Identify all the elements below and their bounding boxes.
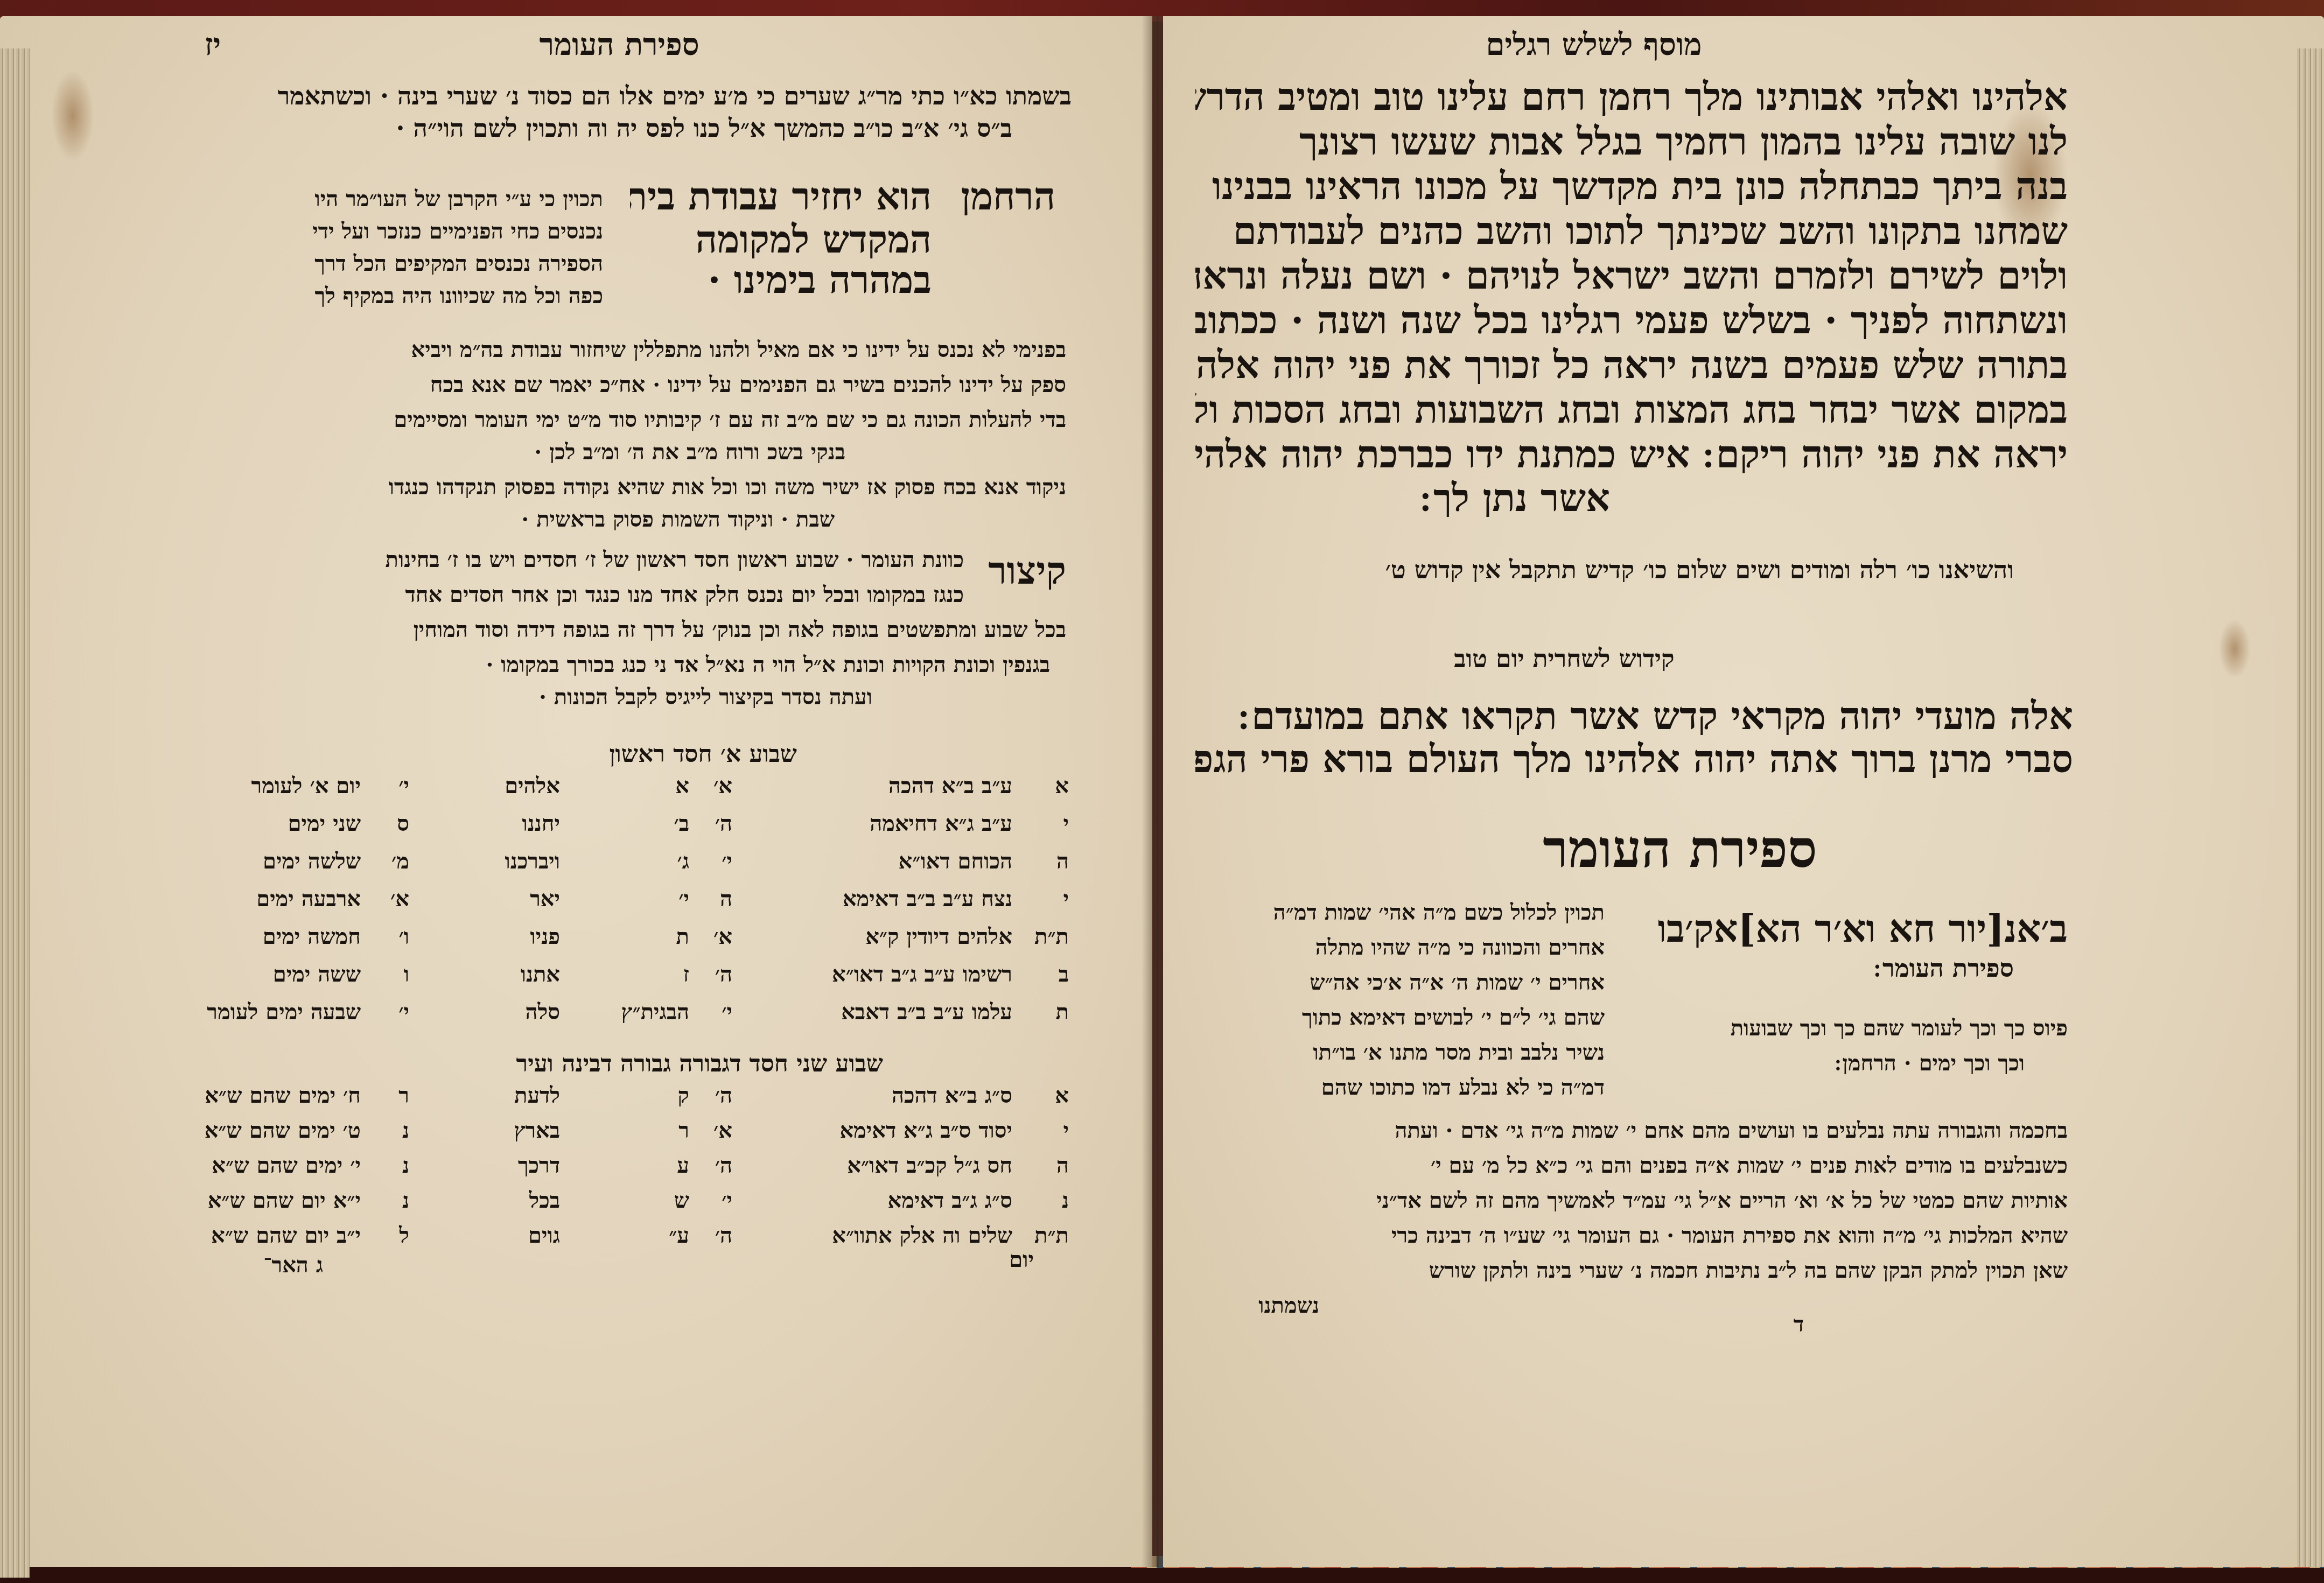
table-cell-col1: חס ג״ל קכ״ב דאו״א — [743, 1155, 1012, 1176]
side-note-line: נשיר נלבב ובית מסר מתנו א׳ בו״תו — [1195, 1042, 1605, 1063]
body-line: בנה ביתך כבתחלה כונן בית מקדשך על מכונו … — [1195, 167, 2068, 205]
body-line: אשר נתן לך ׃ — [1341, 479, 1610, 517]
table-cell-col1: רשימו ע״ב ג״ב דאו״א — [743, 964, 1012, 985]
table-cell-col1: הכוחם דאו״א — [743, 851, 1012, 872]
table-cell-col6: שני ימים — [205, 813, 361, 835]
side-note-line: אחרים והכוונה כי מ״ה שהיו מתלה — [1195, 937, 1605, 958]
paragraph-line: ספק על ידינו להכנים בשיר גם הפנימים על י… — [226, 374, 1066, 396]
table-cell-col3: ע״ — [582, 1225, 689, 1246]
table-cell-col1: עלמו ע״ב ב״ב דאבא — [743, 1001, 1012, 1023]
side-note-line: תכוין לכלול כשם מ״ה אהי׳ שמות דמ״ה — [1195, 902, 1605, 923]
table-cell-col5: י׳ — [366, 1001, 409, 1023]
kitzur-line: בגנפין וכונת הקויות וכונת א״ל הוי ה נא״ל… — [269, 654, 1050, 676]
table-cell-col1: אלהים דיודין ק״א — [743, 926, 1012, 948]
harachaman-line: במהרה בימינו · — [689, 261, 932, 299]
table-cell-col3: ש — [582, 1190, 689, 1211]
paragraph-line: ניקוד אנא בכח פסוק אז ישיר משה וכו וכל א… — [226, 477, 1066, 498]
table-cell-col2: ה׳ — [695, 1085, 732, 1106]
harachaman-line: המקדש למקומה — [657, 221, 932, 258]
table-cell-col3: ג׳ — [582, 851, 689, 872]
table-cell-col3: ת — [582, 926, 689, 948]
side-note-line: כפה וכל מה שכיוונו היה במקיף לך — [226, 285, 603, 307]
table-cell-col3: י׳ — [582, 888, 689, 910]
table-cell-col3: ע — [582, 1155, 689, 1176]
table-cell-col1: נצח ע״ב ב״ב דאימא — [743, 888, 1012, 910]
table-cell-marker: ה — [1026, 851, 1069, 872]
paragraph-line: בנקי בשכ ורוח מ״ב את ה׳ ומ״ב לכן · — [468, 442, 845, 463]
right-page: מוסף לשלש רגלים אלהינו ואלהי אבותינו מלך… — [1163, 16, 2324, 1567]
kitzur-line: כנגז במקומו ובכל יום נכנס חלק אחד מנו כנ… — [226, 584, 964, 606]
kiddush-heading: קידוש לשחרית יום טוב — [1389, 646, 1739, 671]
table-cell-col1: ס״ג ג״ב דאימא — [743, 1190, 1012, 1211]
beur-sub-line: פיוס כך וכך לעומר שהם כך וכך שבועות — [1648, 1018, 2068, 1039]
table-cell-col6: י״א יום שהם ש״א וד׳ ימים — [205, 1190, 361, 1211]
body-line: שמחנו בתקונו והשב שכינתך לתוכו והשב כהני… — [1195, 212, 2068, 250]
table-cell-col2: א׳ — [695, 1120, 732, 1141]
table-cell-col6: י״ב יום שהם ש״א וה׳ ימים — [205, 1225, 361, 1246]
kitzur-line: בכל שבוע ומתפשטים בגופה לאה וכן בנוק׳ על… — [226, 619, 1066, 641]
table-cell-col5: י׳ — [366, 775, 409, 797]
table-cell-col5: ל — [366, 1225, 409, 1246]
table-cell-col5: מ׳ — [366, 851, 409, 872]
table-cell-col3: הבגית״ץ — [582, 1001, 689, 1023]
table-cell-col2: ה׳ — [695, 1155, 732, 1176]
table-cell-col6: ששה ימים — [205, 964, 361, 985]
table-cell-col2: א׳ — [695, 926, 732, 948]
side-note-line: הספירה נכנסים המקיפים הכל דרך — [226, 253, 603, 275]
paragraph-line: שבת · וניקוד השמות פסוק בראשית · — [458, 509, 835, 530]
running-head: מוסף לשלש רגלים — [1325, 27, 1863, 62]
table-cell-col4: אתנו — [420, 964, 560, 985]
paragraph-line: בדי להעלות הכונה גם כי שם מ״ב זה עם ז׳ ק… — [226, 409, 1066, 431]
table-cell-col2: י׳ — [695, 1001, 732, 1023]
table-cell-col3: ר — [582, 1120, 689, 1141]
kitzur-line: ועתה נסדר בקיצור לייגיס לקבל הכונות · — [388, 687, 872, 708]
table-cell-col5: נ — [366, 1155, 409, 1176]
table-cell-col4: יאר — [420, 888, 560, 910]
paragraph-line: שאן תכוין למתק הבקן שהם בה ל״ב נתיבות חכ… — [1195, 1260, 2068, 1281]
page-edges-left — [0, 48, 30, 1578]
table-cell-col6: חמשה ימים — [205, 926, 361, 948]
kiddush-line: אלה מועדי יהוה מקראי קדש אשר תקראו אתם ב… — [1233, 697, 2073, 735]
table-cell-marker: י — [1026, 1120, 1069, 1141]
table-cell-col6: י׳ ימים שהם ש״א וג׳ ימים — [205, 1155, 361, 1176]
body-line: במקום אשר יבחר בחג המצות ובחג השבועות וב… — [1195, 391, 2068, 429]
table-cell-marker: י — [1026, 888, 1069, 910]
table-cell-col6: שלשה ימים — [205, 851, 361, 872]
table-cell-col5: נ — [366, 1190, 409, 1211]
table-cell-col4: בכל — [420, 1190, 560, 1211]
side-note-line: תכוין כי ע״י הקרבן של העו״מר היו — [226, 188, 603, 210]
table-cell-col5: ו׳ — [366, 926, 409, 948]
table-cell-col2: ה׳ — [695, 964, 732, 985]
table-cell-col3: ק — [582, 1085, 689, 1106]
beur-line: ספירת העומר ׃ — [1755, 956, 2014, 980]
side-note-line: דמ״ה כי לא נבלע דמו כתוכו שהם — [1195, 1077, 1605, 1098]
left-page: ספירת העומר יז בשמתו כא״ו כתי מר״ג שערים… — [0, 16, 1152, 1567]
table-cell-col3: ז — [582, 964, 689, 985]
table-cell-col1: ע״ב ב״א דהכה — [743, 775, 1012, 797]
running-head: ספירת העומר — [377, 27, 862, 62]
side-note-line: שהם גי׳ ל״ם י׳ לבושים דאימא כתוך — [1195, 1007, 1605, 1028]
body-line: ולוים לשירם ולזמרם והשב ישראל לנויהם · ו… — [1195, 257, 2068, 295]
table-cell-col1: ס״ג ב״א דהכה — [743, 1085, 1012, 1106]
week2-heading: שבוע שני חסד דגבורה גבורה דבינה ועיר — [398, 1050, 883, 1077]
table-cell-marker: א — [1026, 775, 1069, 797]
table-cell-marker: י — [1026, 813, 1069, 835]
bottom-mark: יום — [969, 1249, 1034, 1271]
table-cell-col6: יום א׳ לעומר — [205, 775, 361, 797]
table-cell-col5: א׳ — [366, 888, 409, 910]
table-cell-col2: ה׳ — [695, 813, 732, 835]
paragraph-line: נשמתנו — [1212, 1295, 1319, 1316]
paragraph-line: בפנימי לא נכנס על ידינו כי אם מאיל ולהנו… — [226, 339, 1066, 361]
paragraph-line: כשנבלעים בו מודים לאות פנים י׳ שמות א״ה … — [1195, 1155, 2068, 1176]
table-cell-col6: ארבעה ימים — [205, 888, 361, 910]
table-cell-col4: יחננו — [420, 813, 560, 835]
kitzur-label: קיצור — [975, 552, 1066, 590]
body-line: לנו שובה עלינו בהמון רחמיך בגלל אבות שעש… — [1195, 123, 2068, 160]
table-cell-marker: ת — [1026, 1001, 1069, 1023]
table-cell-marker: ת״ת — [1026, 1225, 1069, 1246]
table-cell-col4: סלה — [420, 1001, 560, 1023]
harachaman-label: הרחמן — [948, 178, 1055, 215]
side-note-line: אחרים י׳ שמות ה׳ א״ה א׳כי אה״ש — [1195, 972, 1605, 993]
table-cell-col2: א׳ — [695, 775, 732, 797]
harachaman-line: הוא יחזיר עבודת בית — [630, 178, 932, 215]
beur-line: ב׳אנ[יור חא וא׳ר הא]אק׳בו על — [1658, 910, 2068, 948]
table-cell-col4: פניו — [420, 926, 560, 948]
signature-mark: ד — [1772, 1314, 1804, 1335]
table-cell-col4: גוים — [420, 1225, 560, 1246]
table-cell-col2: י׳ — [695, 851, 732, 872]
week1-heading: שבוע א׳ חסד ראשון — [517, 740, 797, 768]
intro-line: בשמתו כא״ו כתי מר״ג שערים כי מ׳ע ימים אל… — [156, 83, 1072, 108]
paragraph-line: שהיא המלכות גי׳ מ״ה והוא את ספירת העומר … — [1195, 1225, 2068, 1246]
paragraph-line: בחכמה והגבורה עתה נבלעים בו ועושים מהם א… — [1195, 1120, 2068, 1141]
table-cell-col6: ט׳ ימים שהם ש״א ושני ימים — [205, 1120, 361, 1141]
table-cell-col3: ב׳ — [582, 813, 689, 835]
intro-line: ב״ס גי׳ א״ב כו״ב כהמשך א״ל כנו לפס יה וה… — [215, 116, 1012, 141]
table-cell-col5: ר — [366, 1085, 409, 1106]
table-cell-col2: ה — [695, 888, 732, 910]
table-cell-col4: אלהים — [420, 775, 560, 797]
body-line: יראה את פני יהוה ריקם ׃ איש כמתנת ידו כב… — [1195, 436, 2068, 473]
page-edges-right — [2297, 48, 2324, 1567]
paragraph-line: אותיות שהם כמטי של כל א׳ וא׳ הריים א״ל ג… — [1195, 1190, 2068, 1211]
folio-number: יז — [205, 27, 221, 62]
table-cell-col4: בארץ — [420, 1120, 560, 1141]
table-cell-col5: ס — [366, 813, 409, 835]
table-cell-col2: ה׳ — [695, 1225, 732, 1246]
table-cell-marker: ה — [1026, 1155, 1069, 1176]
table-cell-col5: נ — [366, 1120, 409, 1141]
table-cell-col1: ע״ב ג״א דחיאמה — [743, 813, 1012, 835]
table-cell-col1: יסוד ס״ב ג״א דאימא — [743, 1120, 1012, 1141]
table-cell-col6: שבעה ימים לעומר — [205, 1001, 361, 1023]
table-cell-col5: ו — [366, 964, 409, 985]
catchword: ג האר־ — [215, 1255, 323, 1276]
beur-sub-line: וכך וכך ימים · הרחמן ׃ — [1745, 1053, 2025, 1074]
side-note-line: נכנסים כחי הפנימיים כנזכר ועל ידי — [226, 221, 603, 242]
body-line: אלהינו ואלהי אבותינו מלך רחמן רחם עלינו … — [1195, 78, 2068, 116]
table-cell-marker: ב — [1026, 964, 1069, 985]
table-cell-col4: דרכך — [420, 1155, 560, 1176]
body-line: ונשתחוה לפניך · בשלש פעמי רגלינו בכל שנה… — [1195, 302, 2068, 339]
table-cell-col3: א — [582, 775, 689, 797]
table-cell-col1: שלים וה אלק אתוו״א — [743, 1225, 1012, 1246]
kiddush-line: סברי מרנן ברוך אתה יהוה אלהינו מלך העולם… — [1195, 740, 2073, 778]
table-cell-col2: י׳ — [695, 1190, 732, 1211]
section-title: ספירת העומר — [1443, 818, 1917, 879]
table-cell-marker: נ — [1026, 1190, 1069, 1211]
water-stain — [2218, 619, 2251, 678]
kitzur-line: כוונת העומר · שבוע ראשון חסד ראשון של ז׳… — [226, 549, 964, 571]
water-stain — [51, 70, 94, 162]
table-cell-col4: לדעת — [420, 1085, 560, 1106]
table-cell-col6: ח׳ ימים שהם ש״א ויום אחד — [205, 1085, 361, 1106]
body-line: בתורה שלש פעמים בשנה יראה כל זכורך את פנ… — [1195, 346, 2068, 384]
table-cell-marker: א — [1026, 1085, 1069, 1106]
table-cell-col4: ויברכנו — [420, 851, 560, 872]
note-line: והשיאנו כו׳ רלה ומודים ושים שלום כו׳ קדי… — [1271, 557, 2014, 582]
table-cell-marker: ת״ת — [1026, 926, 1069, 948]
